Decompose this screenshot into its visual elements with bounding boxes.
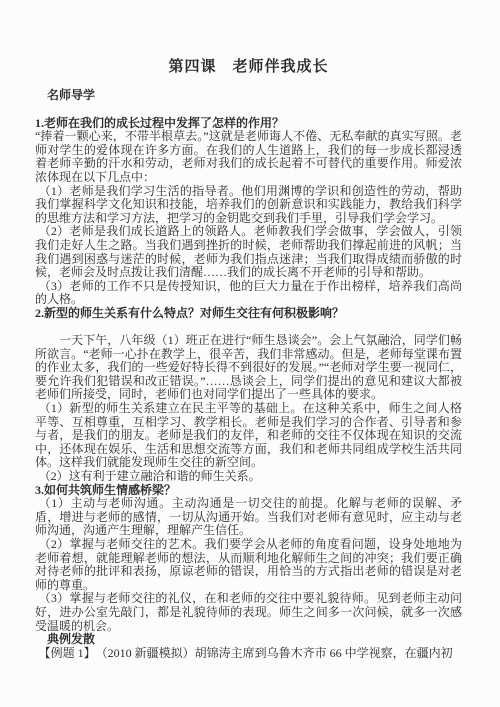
question-2: 2.新型的师生关系有什么特点？对师生交往有何积极影响？: [35, 307, 462, 321]
section-heading-example-divergence: 典例发散: [35, 633, 462, 647]
point-1-3: （3）老师的工作不只是传授知识，他的巨大力量在于作出榜样，培养我们高尚的人格。: [35, 280, 462, 307]
point-1-2: （2）老师是我们成长道路上的领路人。老师教我们学会做事，学会做人，引领我们走好人…: [35, 225, 462, 279]
example-line: 【例题 1】 （2010 新疆模拟）胡锦涛主席到乌鲁木齐市 66 中学视察，在疆…: [35, 647, 462, 661]
point-2-2: （2）这有利于建立融洽和谐的师生关系。: [35, 470, 462, 484]
section-heading-teacher-guide: 名师导学: [35, 89, 462, 103]
point-3-1: （1）主动与老师沟通。主动沟通是一切交往的前提。化解与老师的误解、矛盾，增进与老…: [35, 497, 462, 538]
document-page: 第四课 老师伴我成长 名师导学 1.老师在我们的成长过程中发挥了怎样的作用？ “…: [0, 0, 500, 707]
point-2-1: （1）新型的师生关系建立在民主平等的基础上。在这种关系中，师生之间人格平等、互相…: [35, 402, 462, 470]
page-title: 第四课 老师伴我成长: [35, 57, 462, 77]
point-3-2: （2）掌握与老师交往的艺术。我们要学会从老师的角度看问题，设身处地地为老师着想，…: [35, 538, 462, 592]
point-3-3: （3）掌握与老师交往的礼仪，在和老师的交往中要礼貌待师。见到老师主动问好，进办公…: [35, 592, 462, 633]
point-1-1: （1）老师是我们学习生活的指导者。他们用渊博的学识和创造性的劳动，帮助我们掌握科…: [35, 185, 462, 226]
paragraph: “捧着一颗心来，不带半根草去。”这就是老师诲人不倦、无私奉献的真实写照。老师对学…: [35, 130, 462, 184]
story-paragraph: 一天下午，八年级（1）班正在进行“师生恳谈会”。会上气氛融洽，同学们畅所欲言。“…: [35, 334, 462, 402]
